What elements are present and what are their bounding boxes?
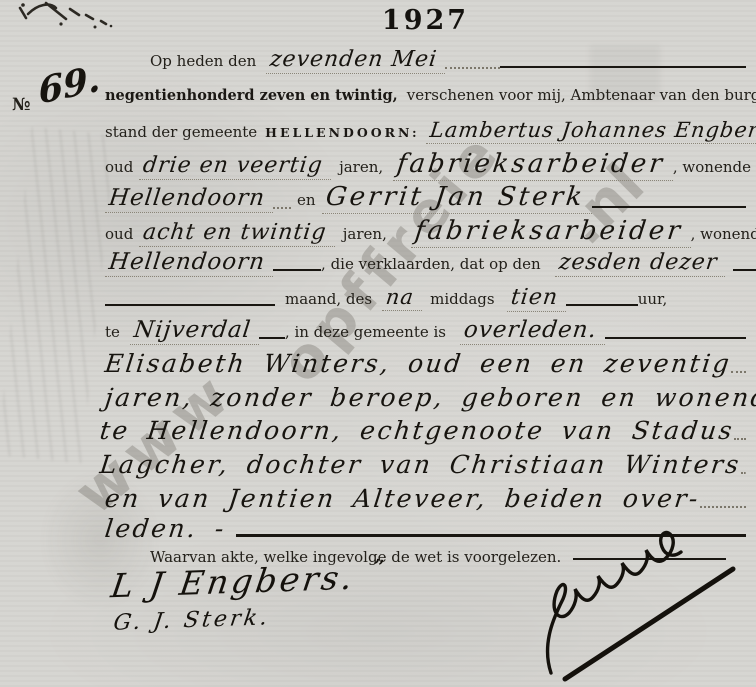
printed-stand-der-gemeente: stand der gemeente xyxy=(105,123,257,141)
dotted-leader xyxy=(731,370,746,373)
printed-die-verklaarden: , die verklaarden, dat op den xyxy=(321,255,541,273)
hw-declarant2-occupation: fabrieksarbeider xyxy=(413,216,684,246)
hw-declarant1-age: drie en veertig xyxy=(142,153,325,178)
dotted-leader xyxy=(445,66,500,69)
dotted-leader xyxy=(734,437,746,440)
printed-maand-des: maand, des xyxy=(285,290,372,308)
solid-rule xyxy=(605,336,746,339)
hw-deceased-occupation: jaren, zonder beroep, geboren en wonende xyxy=(103,383,756,412)
act-number-value: 69. xyxy=(37,57,101,112)
hw-death-place-underline: Nijverdal xyxy=(130,317,259,345)
printed-wonende-te: , wonende te xyxy=(673,158,756,176)
printed-op-heden-den: Op heden den xyxy=(150,52,256,70)
printed-middags: middags xyxy=(430,290,494,308)
deceased-details-row: te Hellendoorn, echtgenoote van Stadus xyxy=(100,416,746,445)
printed-in-deze-gemeente: , in deze gemeente is xyxy=(285,323,446,341)
registrar-row: stand der gemeente HELLENDOORN: Lambertu… xyxy=(105,118,746,144)
act-number-symbol: № xyxy=(12,95,30,115)
signature-declarant2: G. J. Sterk. xyxy=(112,605,272,635)
hw-residence2-underline: Hellendoorn xyxy=(105,249,273,277)
hw-hour: tien xyxy=(509,285,559,310)
hw-hour-underline: tien xyxy=(507,285,566,312)
printed-uur: uur, xyxy=(638,290,668,308)
hw-daypart-underline: na xyxy=(382,285,422,311)
death-time-row: maand, des na middags tien uur, xyxy=(105,285,746,312)
printed-appeared-before: verschenen voor mij, Ambtenaar van den b… xyxy=(407,86,756,104)
hw-declarant1-name: Lambertus Johannes Engbers xyxy=(428,118,756,142)
hw-residence1-underline: Hellendoorn xyxy=(105,185,273,213)
hw-residence2: Hellendoorn xyxy=(107,249,266,275)
hw-death-place: Nijverdal xyxy=(132,317,252,343)
printed-jaren: jaren, xyxy=(343,225,387,243)
printed-oud: oud xyxy=(105,158,133,176)
year-heading: 1927 xyxy=(382,5,469,36)
hw-date: zevenden Mei xyxy=(269,47,439,72)
solid-rule xyxy=(592,205,746,208)
hw-overleden: overleden. xyxy=(462,317,598,343)
declarant2-age-row: oud acht en twintig jaren, fabrieksarbei… xyxy=(105,216,746,248)
deceased-details-row: jaren, zonder beroep, geboren en wonende xyxy=(105,383,746,412)
death-place-row: te Nijverdal , in deze gemeente is overl… xyxy=(105,317,746,345)
solid-rule xyxy=(273,268,321,271)
municipality-name: HELLENDOORN: xyxy=(265,125,419,140)
dotted-leader xyxy=(273,206,291,209)
bleedthrough-smudge xyxy=(0,126,116,463)
hw-death-day-underline: zesden dezer xyxy=(555,250,725,277)
printed-wonende-te: , wonende te xyxy=(691,225,756,243)
year-heading-row: 1927 xyxy=(105,5,746,36)
declaration-day-row: Hellendoorn , die verklaarden, dat op de… xyxy=(105,249,746,277)
solid-rule xyxy=(105,303,275,306)
printed-jaren: jaren, xyxy=(339,158,383,176)
intro-row: negentienhonderd zeven en twintig, versc… xyxy=(105,86,746,104)
solid-rule xyxy=(500,65,746,68)
signature-declarant1: L J Engbers. xyxy=(109,558,358,605)
date-line-row: Op heden den zevenden Mei xyxy=(105,47,746,74)
printed-te: te xyxy=(105,323,120,341)
solid-rule xyxy=(259,336,285,339)
printed-year-words: negentienhonderd zeven en twintig, xyxy=(105,87,398,104)
hw-overleden-underline: overleden. xyxy=(460,317,605,345)
hw-deceased-father: Lagcher, dochter van Christiaan Winters xyxy=(98,450,742,479)
hw-declarant2-name: Gerrit Jan Sterk xyxy=(324,182,586,212)
deceased-details-row: Lagcher, dochter van Christiaan Winters xyxy=(100,450,746,479)
dotted-leader xyxy=(741,471,746,474)
solid-rule xyxy=(566,303,638,306)
hw-declarant2-age: acht en twintig xyxy=(142,220,329,245)
hw-death-day: zesden dezer xyxy=(557,250,718,275)
hw-declarant1-age-underline: drie en veertig xyxy=(139,153,331,180)
death-certificate-scan: www opffreie .nl 1927 № 69. Op heden den… xyxy=(0,0,756,687)
hw-declarant1-occupation: fabrieksarbeider xyxy=(395,149,666,179)
hw-date-underline: zevenden Mei xyxy=(266,47,445,74)
hw-declarant1-occupation-underline: fabrieksarbeider xyxy=(393,149,673,181)
hw-declarant2-age-underline: acht en twintig xyxy=(139,220,334,247)
hw-residence1: Hellendoorn xyxy=(107,185,266,211)
hw-deceased-name-age: Elisabeth Winters, oud een en zeventig xyxy=(103,349,733,378)
solid-rule xyxy=(733,268,756,271)
printed-en: en xyxy=(297,191,316,209)
printed-oud: oud xyxy=(105,225,133,243)
declarant1-residence-row: Hellendoorn en Gerrit Jan Sterk xyxy=(105,182,746,214)
declarant1-age-row: oud drie en veertig jaren, fabrieksarbei… xyxy=(105,149,746,181)
hw-declarant1-name-underline: Lambertus Johannes Engbers xyxy=(426,118,756,144)
hw-deceased-spouse: te Hellendoorn, echtgenoote van Stadus xyxy=(98,416,736,445)
hw-deceased-mother: en van Jentien Alteveer, beiden over- xyxy=(103,484,701,513)
hw-daypart: na xyxy=(385,285,416,309)
deceased-details-row: en van Jentien Alteveer, beiden over- xyxy=(105,484,746,513)
dotted-leader xyxy=(700,505,746,508)
hw-declarant2-occupation-underline: fabrieksarbeider xyxy=(411,216,691,248)
hw-leden: leden. - xyxy=(103,514,228,543)
signature-official xyxy=(535,527,755,687)
hw-declarant2-name-underline: Gerrit Jan Sterk xyxy=(322,182,593,214)
deceased-details-row: Elisabeth Winters, oud een en zeventig xyxy=(105,349,746,378)
